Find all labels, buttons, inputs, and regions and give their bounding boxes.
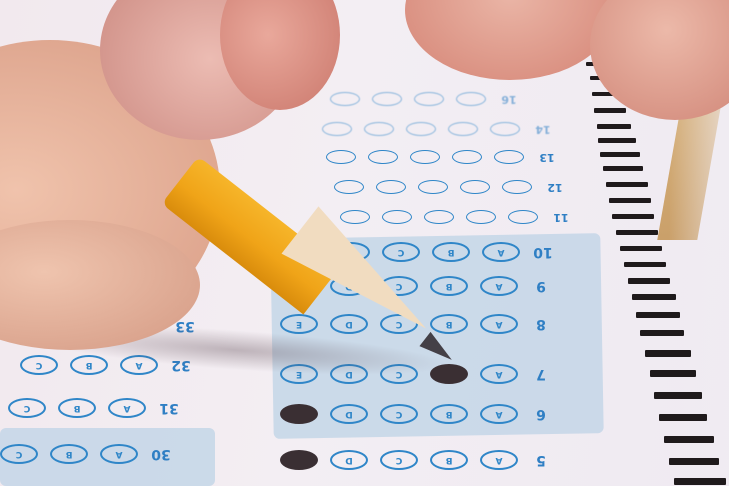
- answer-bubble[interactable]: [334, 180, 364, 194]
- question-number: 6: [530, 406, 552, 422]
- question-row: E D C B A 5: [280, 450, 552, 470]
- question-number: 11: [550, 211, 572, 224]
- question-number: 12: [544, 181, 566, 194]
- answer-bubble[interactable]: [502, 180, 532, 194]
- finger-top-right: [405, 0, 615, 80]
- question-number: 8: [530, 316, 552, 332]
- answer-bubble[interactable]: [424, 210, 454, 224]
- question-number: 14: [532, 123, 554, 136]
- question-number: 13: [536, 151, 558, 164]
- answer-bubble[interactable]: C: [380, 404, 418, 424]
- answer-bubble[interactable]: [382, 210, 412, 224]
- answer-bubble-filled[interactable]: E: [280, 450, 318, 470]
- answer-bubble[interactable]: [372, 92, 402, 106]
- question-row: C B A 30: [0, 444, 172, 464]
- answer-bubble[interactable]: [414, 92, 444, 106]
- answer-bubble[interactable]: B: [430, 450, 468, 470]
- answer-bubble[interactable]: A: [108, 398, 146, 418]
- answer-sheet-photo: 16 14 13 12 11 E D C B A 1: [0, 0, 729, 486]
- answer-bubble[interactable]: C: [8, 398, 46, 418]
- answer-bubble[interactable]: A: [480, 314, 518, 334]
- answer-bubble[interactable]: [340, 210, 370, 224]
- answer-bubble-filled[interactable]: E: [280, 404, 318, 424]
- question-row: 16: [330, 92, 520, 106]
- answer-bubble[interactable]: C: [0, 444, 38, 464]
- answer-bubble[interactable]: E: [280, 314, 318, 334]
- answer-bubble[interactable]: C: [380, 450, 418, 470]
- answer-bubble[interactable]: C: [20, 355, 58, 375]
- answer-bubble[interactable]: [418, 180, 448, 194]
- question-row: 12: [334, 180, 566, 194]
- answer-bubble[interactable]: A: [480, 276, 518, 296]
- answer-bubble[interactable]: A: [480, 404, 518, 424]
- question-number: 16: [498, 93, 520, 106]
- question-number: 9: [530, 278, 552, 294]
- answer-bubble[interactable]: B: [430, 276, 468, 296]
- answer-bubble[interactable]: [456, 92, 486, 106]
- answer-bubble[interactable]: [368, 150, 398, 164]
- answer-bubble[interactable]: B: [430, 314, 468, 334]
- answer-bubble[interactable]: A: [480, 364, 518, 384]
- answer-bubble[interactable]: B: [430, 404, 468, 424]
- finger-far-right: [590, 0, 729, 120]
- answer-bubble[interactable]: [406, 122, 436, 136]
- question-row: E D C B A 6: [280, 404, 552, 424]
- answer-bubble[interactable]: B: [432, 242, 470, 262]
- answer-bubble[interactable]: [330, 92, 360, 106]
- answer-bubble[interactable]: [490, 122, 520, 136]
- answer-bubble[interactable]: [364, 122, 394, 136]
- answer-bubble[interactable]: C: [382, 242, 420, 262]
- answer-bubble[interactable]: A: [100, 444, 138, 464]
- question-row: 14: [322, 122, 554, 136]
- answer-bubble[interactable]: D: [330, 404, 368, 424]
- question-row: 11: [340, 210, 572, 224]
- question-number: 5: [530, 452, 552, 468]
- answer-bubble[interactable]: [494, 150, 524, 164]
- question-number: 7: [530, 366, 552, 382]
- answer-bubble[interactable]: [322, 122, 352, 136]
- answer-bubble[interactable]: [326, 150, 356, 164]
- answer-bubble[interactable]: [448, 122, 478, 136]
- question-number: 30: [150, 446, 172, 462]
- answer-bubble[interactable]: [452, 150, 482, 164]
- answer-bubble[interactable]: A: [482, 242, 520, 262]
- answer-bubble[interactable]: [376, 180, 406, 194]
- question-number: 31: [158, 400, 180, 416]
- question-row: 13: [326, 150, 558, 164]
- answer-bubble[interactable]: [460, 180, 490, 194]
- question-number: 10: [532, 244, 554, 260]
- answer-bubble[interactable]: B: [50, 444, 88, 464]
- question-row: C B A 31: [8, 398, 180, 418]
- answer-bubble[interactable]: [410, 150, 440, 164]
- answer-bubble[interactable]: [508, 210, 538, 224]
- answer-bubble[interactable]: [466, 210, 496, 224]
- answer-bubble[interactable]: B: [58, 398, 96, 418]
- answer-bubble[interactable]: D: [330, 450, 368, 470]
- answer-bubble[interactable]: A: [480, 450, 518, 470]
